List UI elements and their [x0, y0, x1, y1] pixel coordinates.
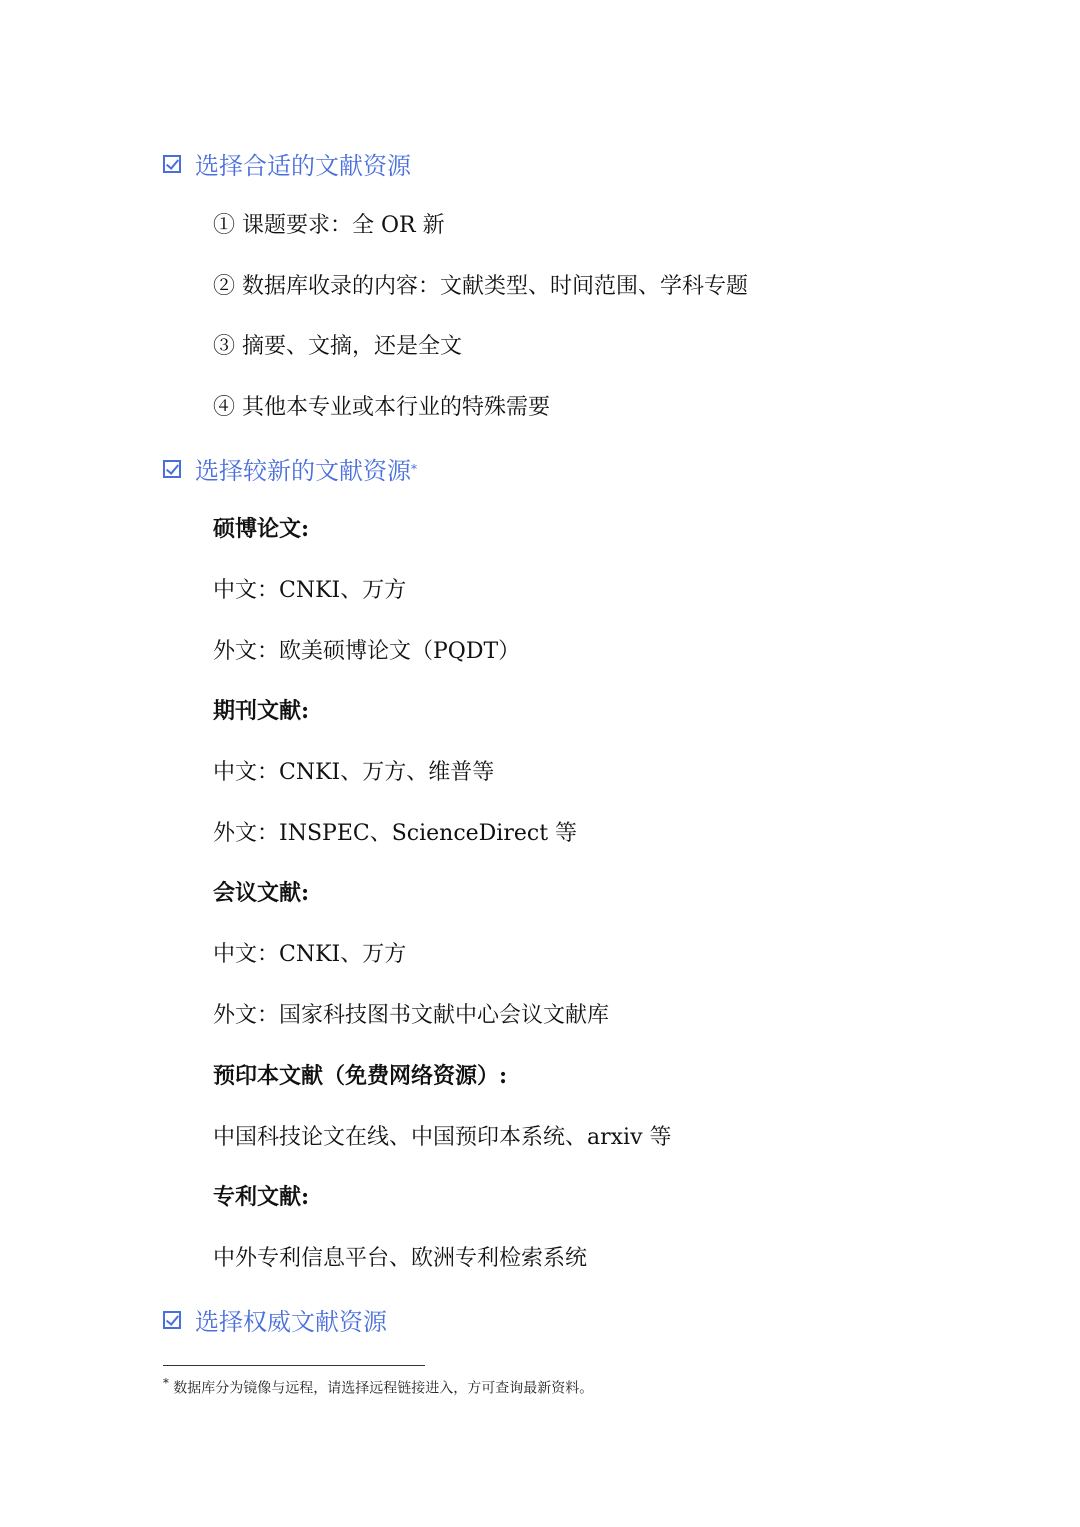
- list-item: ④ 其他本专业或本行业的特殊需要: [213, 390, 550, 421]
- group-title: 硕博论文:: [213, 512, 309, 543]
- group-title: 预印本文献（免费网络资源）:: [213, 1059, 507, 1090]
- section-heading-authoritative: 选择权威文献资源: [163, 1302, 387, 1337]
- footnote-divider: [163, 1365, 425, 1366]
- footnote: * 数据库分为镜像与远程，请选择远程链接进入，方可查询最新资料。: [163, 1376, 593, 1398]
- group-line: 中外专利信息平台、欧洲专利检索系统: [213, 1241, 587, 1272]
- group-line: 中文：CNKI、万方、维普等: [213, 755, 494, 786]
- group-line: 中文：CNKI、万方: [213, 573, 406, 604]
- footnote-text: 数据库分为镜像与远程，请选择远程链接进入，方可查询最新资料。: [173, 1381, 593, 1397]
- group-title: 会议文献:: [213, 876, 309, 907]
- checkbox-checked-icon: [163, 155, 181, 173]
- group-line: 外文：INSPEC、ScienceDirect 等: [213, 816, 577, 847]
- heading-text: 选择合适的文献资源: [195, 146, 411, 181]
- checkbox-checked-icon: [163, 1311, 181, 1329]
- heading-text: 选择权威文献资源: [195, 1302, 387, 1337]
- section-heading-appropriate: 选择合适的文献资源: [163, 146, 411, 181]
- footnote-marker: *: [411, 462, 417, 476]
- list-item: ③ 摘要、文摘，还是全文: [213, 329, 462, 360]
- group-line: 外文：国家科技图书文献中心会议文献库: [213, 998, 609, 1029]
- group-line: 中文：CNKI、万方: [213, 937, 406, 968]
- group-line: 外文：欧美硕博论文（PQDT）: [213, 634, 520, 665]
- heading-text: 选择较新的文献资源: [195, 451, 411, 486]
- group-title: 期刊文献:: [213, 694, 309, 725]
- section-heading-newer: 选择较新的文献资源*: [163, 451, 417, 486]
- group-line: 中国科技论文在线、中国预印本系统、arxiv 等: [213, 1120, 672, 1151]
- footnote-marker: *: [163, 1376, 169, 1390]
- group-title: 专利文献:: [213, 1180, 309, 1211]
- list-item: ② 数据库收录的内容：文献类型、时间范围、学科专题: [213, 269, 748, 300]
- list-item: ① 课题要求：全 OR 新: [213, 208, 445, 239]
- checkbox-checked-icon: [163, 460, 181, 478]
